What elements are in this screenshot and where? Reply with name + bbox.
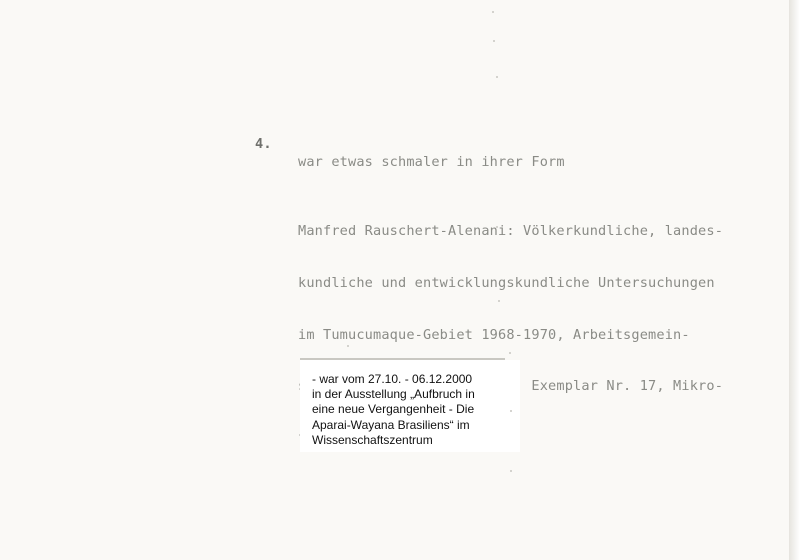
paper-speck xyxy=(498,300,500,302)
label-cut-edge xyxy=(300,358,505,360)
label-line: eine neue Vergangenheit - Die xyxy=(312,402,475,417)
card-edge xyxy=(789,0,800,560)
label-line: in der Ausstellung „Aufbruch in xyxy=(312,387,475,402)
label-line: Aparai-Wayana Brasiliens“ im xyxy=(312,418,475,433)
pasted-exhibition-label: - war vom 27.10. - 06.12.2000 in der Aus… xyxy=(300,360,520,452)
paper-speck xyxy=(510,410,512,412)
paper-speck xyxy=(509,352,511,354)
entry-line: Manfred Rauschert-Alenani: Völkerkundlic… xyxy=(255,223,723,240)
paper-speck xyxy=(492,11,494,13)
entry-line: kundliche und entwicklungskundliche Unte… xyxy=(255,275,723,292)
label-line: - war vom 27.10. - 06.12.2000 xyxy=(312,372,475,387)
entry-number: 4. xyxy=(255,136,285,153)
paper-speck xyxy=(347,345,349,347)
paper-speck xyxy=(496,226,498,228)
paper-speck xyxy=(496,76,498,78)
index-card: war etwas schmaler in ihrer Form 4. Manf… xyxy=(0,0,790,560)
label-line: Wissenschaftszentrum xyxy=(312,433,475,448)
continuation-line: war etwas schmaler in ihrer Form xyxy=(255,154,723,171)
paper-speck xyxy=(510,470,512,472)
paper-speck xyxy=(493,40,495,42)
entry-line: im Tumucumaque-Gebiet 1968-1970, Arbeits… xyxy=(255,327,723,344)
